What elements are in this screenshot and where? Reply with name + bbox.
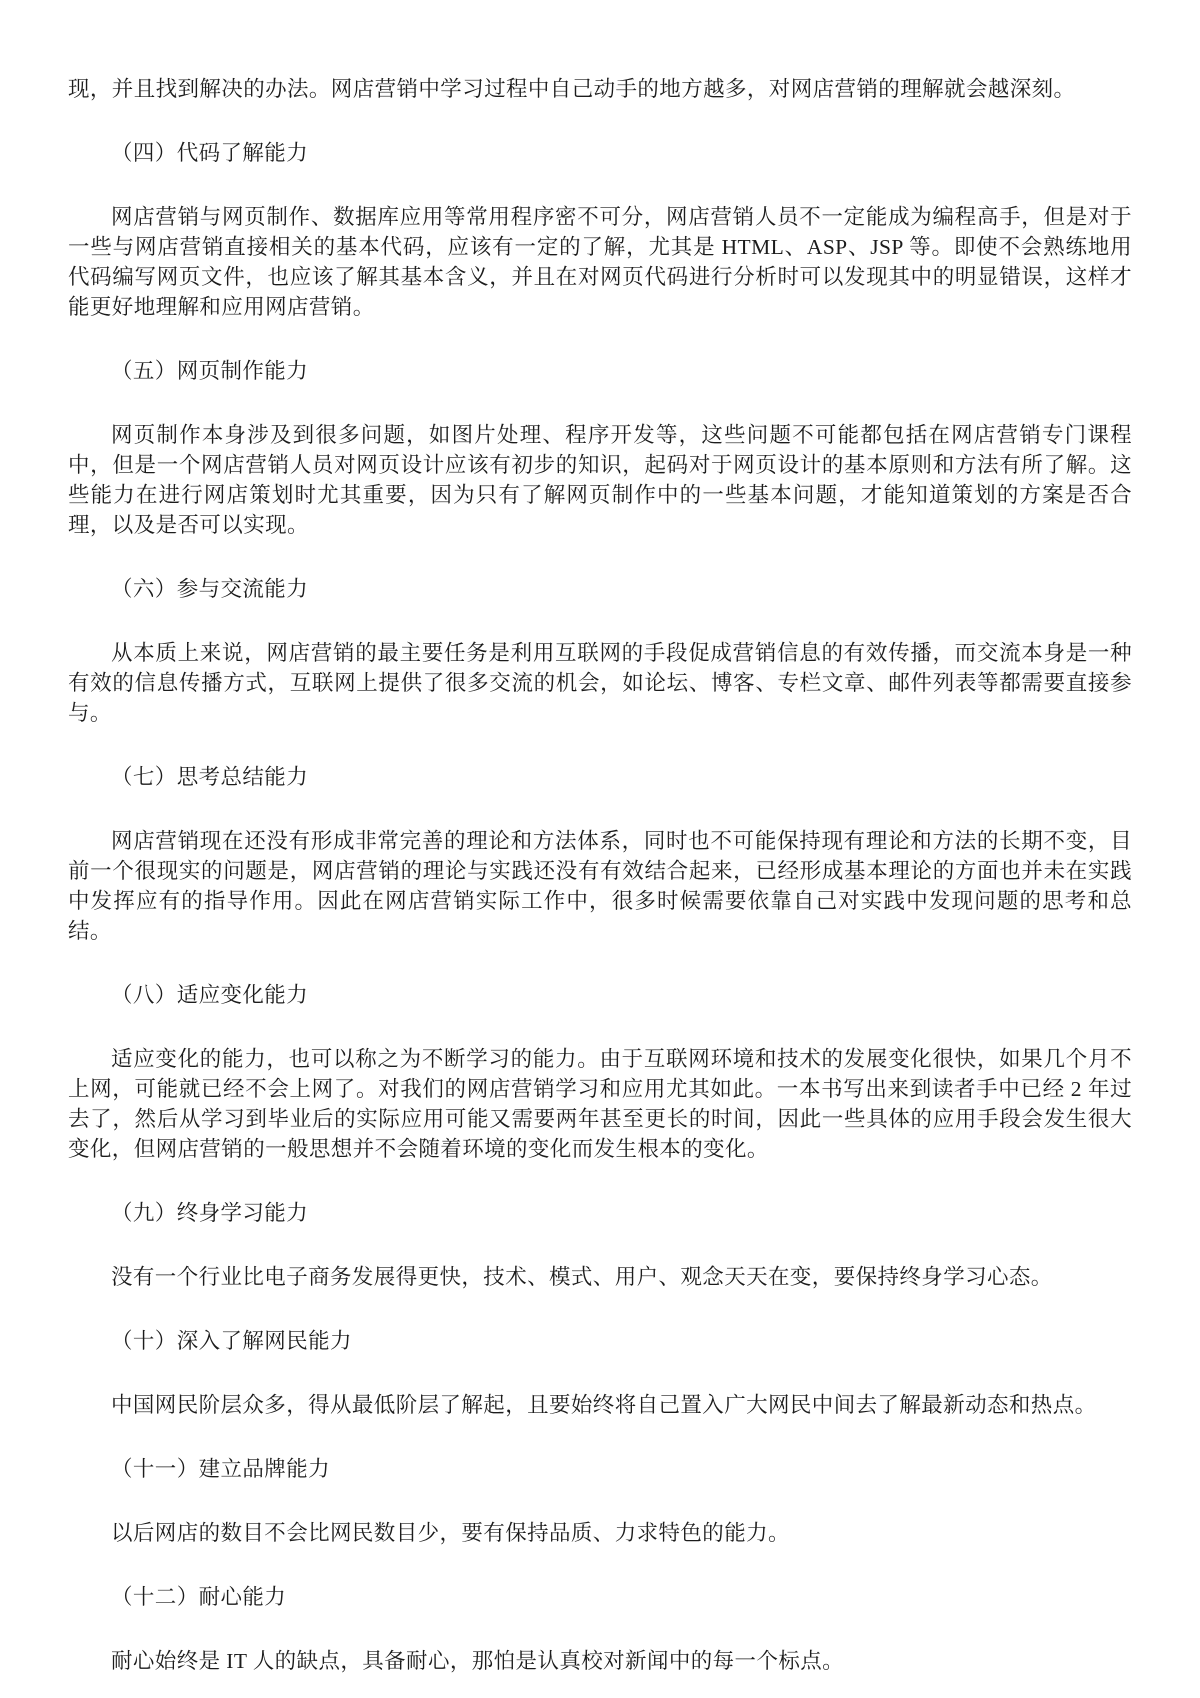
- section-patience: （十二）耐心能力 耐心始终是 IT 人的缺点，具备耐心，那怕是认真校对新闻中的每…: [68, 1582, 1132, 1676]
- section-code-understanding: （四）代码了解能力 网店营销与网页制作、数据库应用等常用程序密不可分，网店营销人…: [68, 138, 1132, 322]
- section-heading: （四）代码了解能力: [68, 138, 1132, 168]
- section-paragraph: 耐心始终是 IT 人的缺点，具备耐心，那怕是认真校对新闻中的每一个标点。: [68, 1646, 1132, 1676]
- section-paragraph: 网店营销与网页制作、数据库应用等常用程序密不可分，网店营销人员不一定能成为编程高…: [68, 202, 1132, 322]
- section-paragraph: 从本质上来说，网店营销的最主要任务是利用互联网的手段促成营销信息的有效传播，而交…: [68, 638, 1132, 728]
- section-adapt-change: （八）适应变化能力 适应变化的能力，也可以称之为不断学习的能力。由于互联网环境和…: [68, 980, 1132, 1164]
- section-heading: （十二）耐心能力: [68, 1582, 1132, 1612]
- continuation-paragraph: 现，并且找到解决的办法。网店营销中学习过程中自己动手的地方越多，对网店营销的理解…: [68, 74, 1132, 104]
- section-thinking-summary: （七）思考总结能力 网店营销现在还没有形成非常完善的理论和方法体系，同时也不可能…: [68, 762, 1132, 946]
- section-communication: （六）参与交流能力 从本质上来说，网店营销的最主要任务是利用互联网的手段促成营销…: [68, 574, 1132, 728]
- section-paragraph: 以后网店的数目不会比网民数目少，要有保持品质、力求特色的能力。: [68, 1518, 1132, 1548]
- section-paragraph: 网页制作本身涉及到很多问题，如图片处理、程序开发等，这些问题不可能都包括在网店营…: [68, 420, 1132, 540]
- section-heading: （八）适应变化能力: [68, 980, 1132, 1010]
- section-understand-netizens: （十）深入了解网民能力 中国网民阶层众多，得从最低阶层了解起，且要始终将自己置入…: [68, 1326, 1132, 1420]
- section-heading: （十）深入了解网民能力: [68, 1326, 1132, 1356]
- section-heading: （五）网页制作能力: [68, 356, 1132, 386]
- document-page: 现，并且找到解决的办法。网店营销中学习过程中自己动手的地方越多，对网店营销的理解…: [0, 0, 1200, 1698]
- section-webpage-making: （五）网页制作能力 网页制作本身涉及到很多问题，如图片处理、程序开发等，这些问题…: [68, 356, 1132, 540]
- section-heading: （九）终身学习能力: [68, 1198, 1132, 1228]
- section-paragraph: 没有一个行业比电子商务发展得更快，技术、模式、用户、观念天天在变，要保持终身学习…: [68, 1262, 1132, 1292]
- section-paragraph: 网店营销现在还没有形成非常完善的理论和方法体系，同时也不可能保持现有理论和方法的…: [68, 826, 1132, 946]
- section-lifelong-learning: （九）终身学习能力 没有一个行业比电子商务发展得更快，技术、模式、用户、观念天天…: [68, 1198, 1132, 1292]
- section-heading: （六）参与交流能力: [68, 574, 1132, 604]
- section-brand-building: （十一）建立品牌能力 以后网店的数目不会比网民数目少，要有保持品质、力求特色的能…: [68, 1454, 1132, 1548]
- section-paragraph: 中国网民阶层众多，得从最低阶层了解起，且要始终将自己置入广大网民中间去了解最新动…: [68, 1390, 1132, 1420]
- section-heading: （十一）建立品牌能力: [68, 1454, 1132, 1484]
- section-paragraph: 适应变化的能力，也可以称之为不断学习的能力。由于互联网环境和技术的发展变化很快，…: [68, 1044, 1132, 1164]
- section-heading: （七）思考总结能力: [68, 762, 1132, 792]
